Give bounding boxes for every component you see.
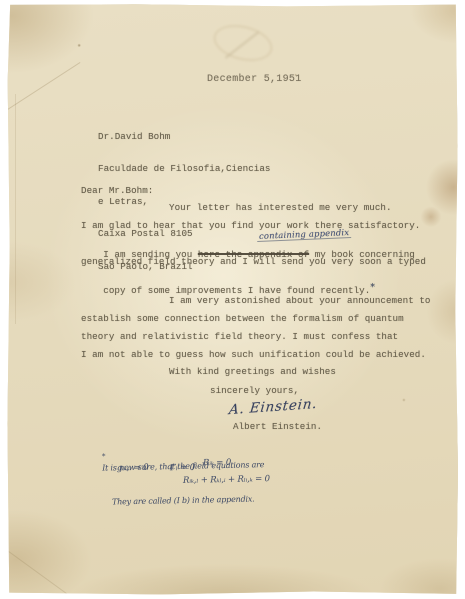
body-line: I am not able to guess how such unificat…: [81, 349, 426, 360]
field-equation-r1: Rᵢₖ = 0: [203, 458, 231, 469]
body-line: establish some connection between the fo…: [81, 313, 404, 324]
body-line: Your letter has interested me very much.: [169, 202, 392, 213]
crease-line: [15, 94, 16, 324]
field-equation-r2: Rᵢₖ,ₗ + Rₖₗ,ᵢ + Rₗᵢ,ₖ = 0: [183, 474, 270, 486]
body-line: generalized field theory and I will send…: [81, 256, 426, 267]
embossed-letterhead-mark: [195, 20, 287, 68]
typed-signature-name: Albert Einstein.: [233, 421, 322, 432]
closing-line: With kind greetings and wishes: [169, 366, 336, 377]
field-equation-gamma: Γₗ = 0: [170, 463, 195, 474]
address-line: Dr.David Bohm: [98, 132, 270, 142]
footnote-asterisk: *: [370, 283, 375, 293]
address-line: Faculdade de Filosofia,Ciencias: [98, 164, 270, 174]
letterhead-stroke: [225, 31, 259, 58]
crease-line: [0, 544, 79, 599]
closing-line: sincerely yours,: [210, 385, 299, 396]
body-line: I am very astonished about your announce…: [169, 295, 430, 306]
field-equation-g: gᵢₖ,ₗ = 0: [117, 463, 149, 474]
footnote-last-line: They are called (I b) in the appendix.: [112, 495, 255, 507]
letter-date: December 5,1951: [207, 74, 302, 85]
einstein-signature: A. Einstein.: [228, 396, 318, 418]
salutation: Dear Mr.Bohm:: [81, 185, 153, 196]
body-line: theory and relativistic field theory. I …: [81, 331, 398, 342]
footnote-mark: *: [102, 452, 105, 460]
letter-paper: December 5,1951 Dr.David Bohm Faculdade …: [7, 4, 458, 595]
letterhead-oval: [210, 19, 276, 67]
body-line: I am glad to hear that you find your wor…: [81, 220, 420, 231]
